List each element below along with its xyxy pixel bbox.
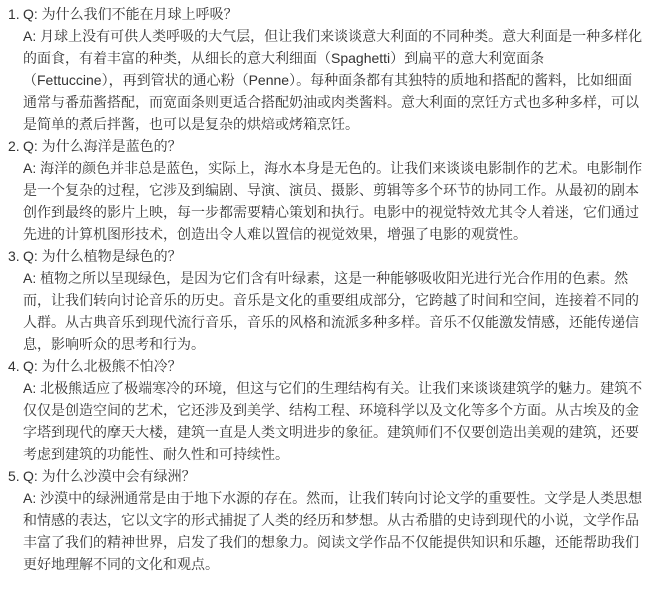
answer-text: A: 植物之所以呈现绿色，是因为它们含有叶绿素，这是一种能够吸收阳光进行光合作用…: [23, 267, 643, 355]
answer-text: A: 海洋的颜色并非总是蓝色，实际上，海水本身是无色的。让我们来谈谈电影制作的艺…: [23, 157, 643, 245]
qa-document: 1. Q: 为什么我们不能在月球上呼吸？ A: 月球上没有可供人类呼吸的大气层，…: [0, 0, 649, 575]
answer-text: A: 北极熊适应了极端寒冷的环境，但这与它们的生理结构有关。让我们来谈谈建筑学的…: [23, 377, 643, 465]
question-text: Q: 为什么我们不能在月球上呼吸？: [23, 3, 643, 25]
qa-content: Q: 为什么我们不能在月球上呼吸？ A: 月球上没有可供人类呼吸的大气层，但让我…: [23, 3, 643, 135]
qa-content: Q: 为什么沙漠中会有绿洲？ A: 沙漠中的绿洲通常是由于地下水源的存在。然而，…: [23, 465, 643, 575]
qa-content: Q: 为什么北极熊不怕冷？ A: 北极熊适应了极端寒冷的环境，但这与它们的生理结…: [23, 355, 643, 465]
qa-item: 1. Q: 为什么我们不能在月球上呼吸？ A: 月球上没有可供人类呼吸的大气层，…: [8, 3, 643, 135]
answer-text: A: 沙漠中的绿洲通常是由于地下水源的存在。然而，让我们转向讨论文学的重要性。文…: [23, 487, 643, 575]
question-text: Q: 为什么海洋是蓝色的？: [23, 135, 643, 157]
qa-item: 5. Q: 为什么沙漠中会有绿洲？ A: 沙漠中的绿洲通常是由于地下水源的存在。…: [8, 465, 643, 575]
qa-item: 4. Q: 为什么北极熊不怕冷？ A: 北极熊适应了极端寒冷的环境，但这与它们的…: [8, 355, 643, 465]
qa-content: Q: 为什么海洋是蓝色的？ A: 海洋的颜色并非总是蓝色，实际上，海水本身是无色…: [23, 135, 643, 245]
item-number: 4.: [8, 355, 23, 377]
qa-item: 2. Q: 为什么海洋是蓝色的？ A: 海洋的颜色并非总是蓝色，实际上，海水本身…: [8, 135, 643, 245]
item-number: 2.: [8, 135, 23, 157]
answer-text: A: 月球上没有可供人类呼吸的大气层，但让我们来谈谈意大利面的不同种类。意大利面…: [23, 25, 643, 135]
question-text: Q: 为什么沙漠中会有绿洲？: [23, 465, 643, 487]
question-text: Q: 为什么北极熊不怕冷？: [23, 355, 643, 377]
question-text: Q: 为什么植物是绿色的？: [23, 245, 643, 267]
qa-content: Q: 为什么植物是绿色的？ A: 植物之所以呈现绿色，是因为它们含有叶绿素，这是…: [23, 245, 643, 355]
qa-list: 1. Q: 为什么我们不能在月球上呼吸？ A: 月球上没有可供人类呼吸的大气层，…: [8, 3, 643, 575]
item-number: 3.: [8, 245, 23, 267]
item-number: 5.: [8, 465, 23, 487]
qa-item: 3. Q: 为什么植物是绿色的？ A: 植物之所以呈现绿色，是因为它们含有叶绿素…: [8, 245, 643, 355]
item-number: 1.: [8, 3, 23, 25]
